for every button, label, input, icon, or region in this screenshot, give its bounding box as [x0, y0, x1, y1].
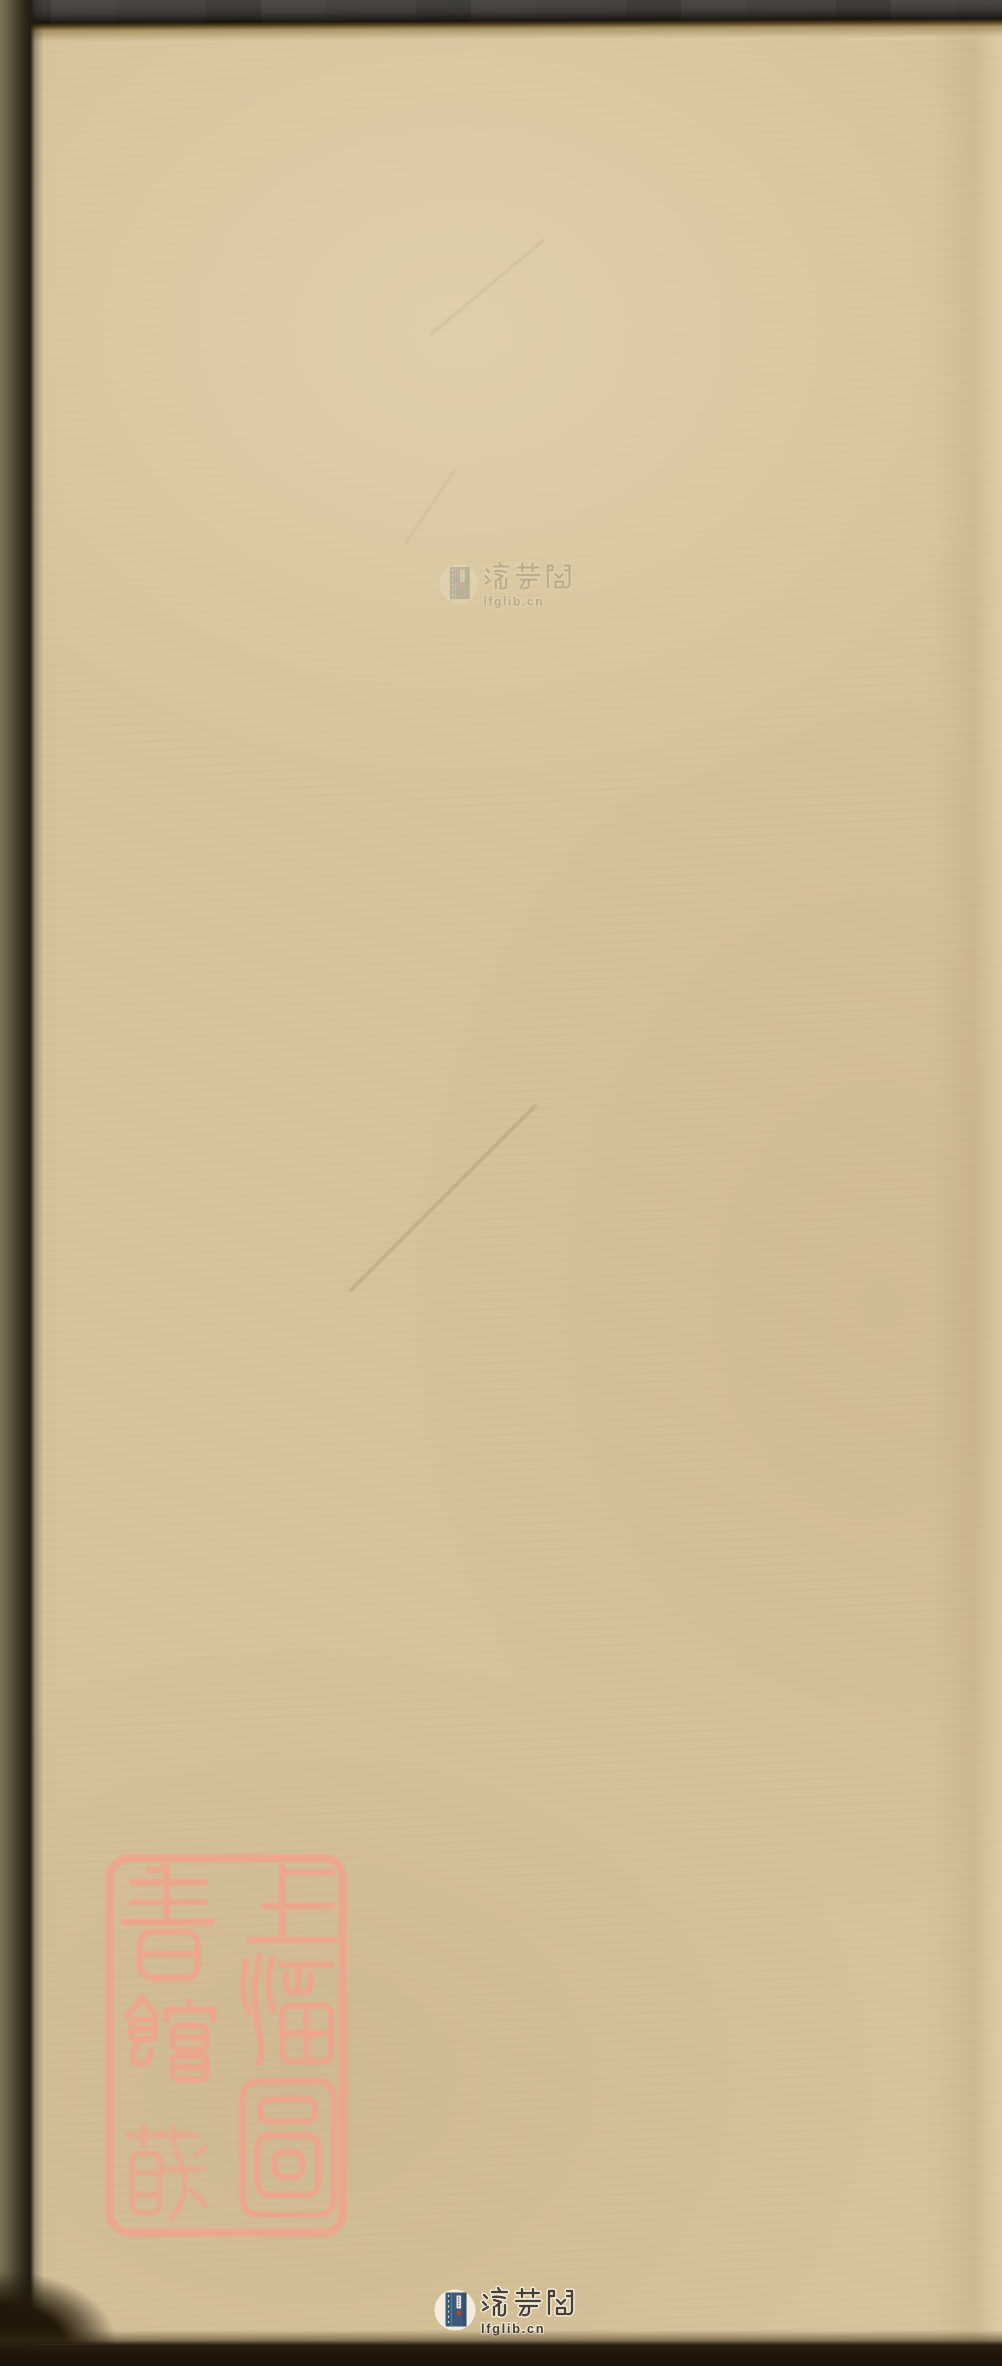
book-binding-left-edge: [0, 0, 44, 2366]
seal-char-tu: [242, 2081, 334, 2214]
seal-char-cang: [128, 2127, 206, 2219]
watermark-url: lfglib.cn: [483, 594, 544, 608]
book-cover-top-edge: [0, 0, 1002, 42]
scanned-book-page: lfglib.cn 流芳阁: [0, 0, 1002, 2366]
seal-char-guan: [127, 1998, 214, 2080]
seal-char-shu: [124, 1866, 212, 1978]
book-cover-bottom-edge: [0, 2330, 1002, 2366]
library-stamp: 上海圖書館藏: [102, 1849, 351, 2242]
watermark-center: lfglib.cn 流芳阁: [438, 557, 580, 612]
seal-char-shang: [249, 1866, 335, 1940]
seal-char-hai: [243, 1956, 331, 2064]
